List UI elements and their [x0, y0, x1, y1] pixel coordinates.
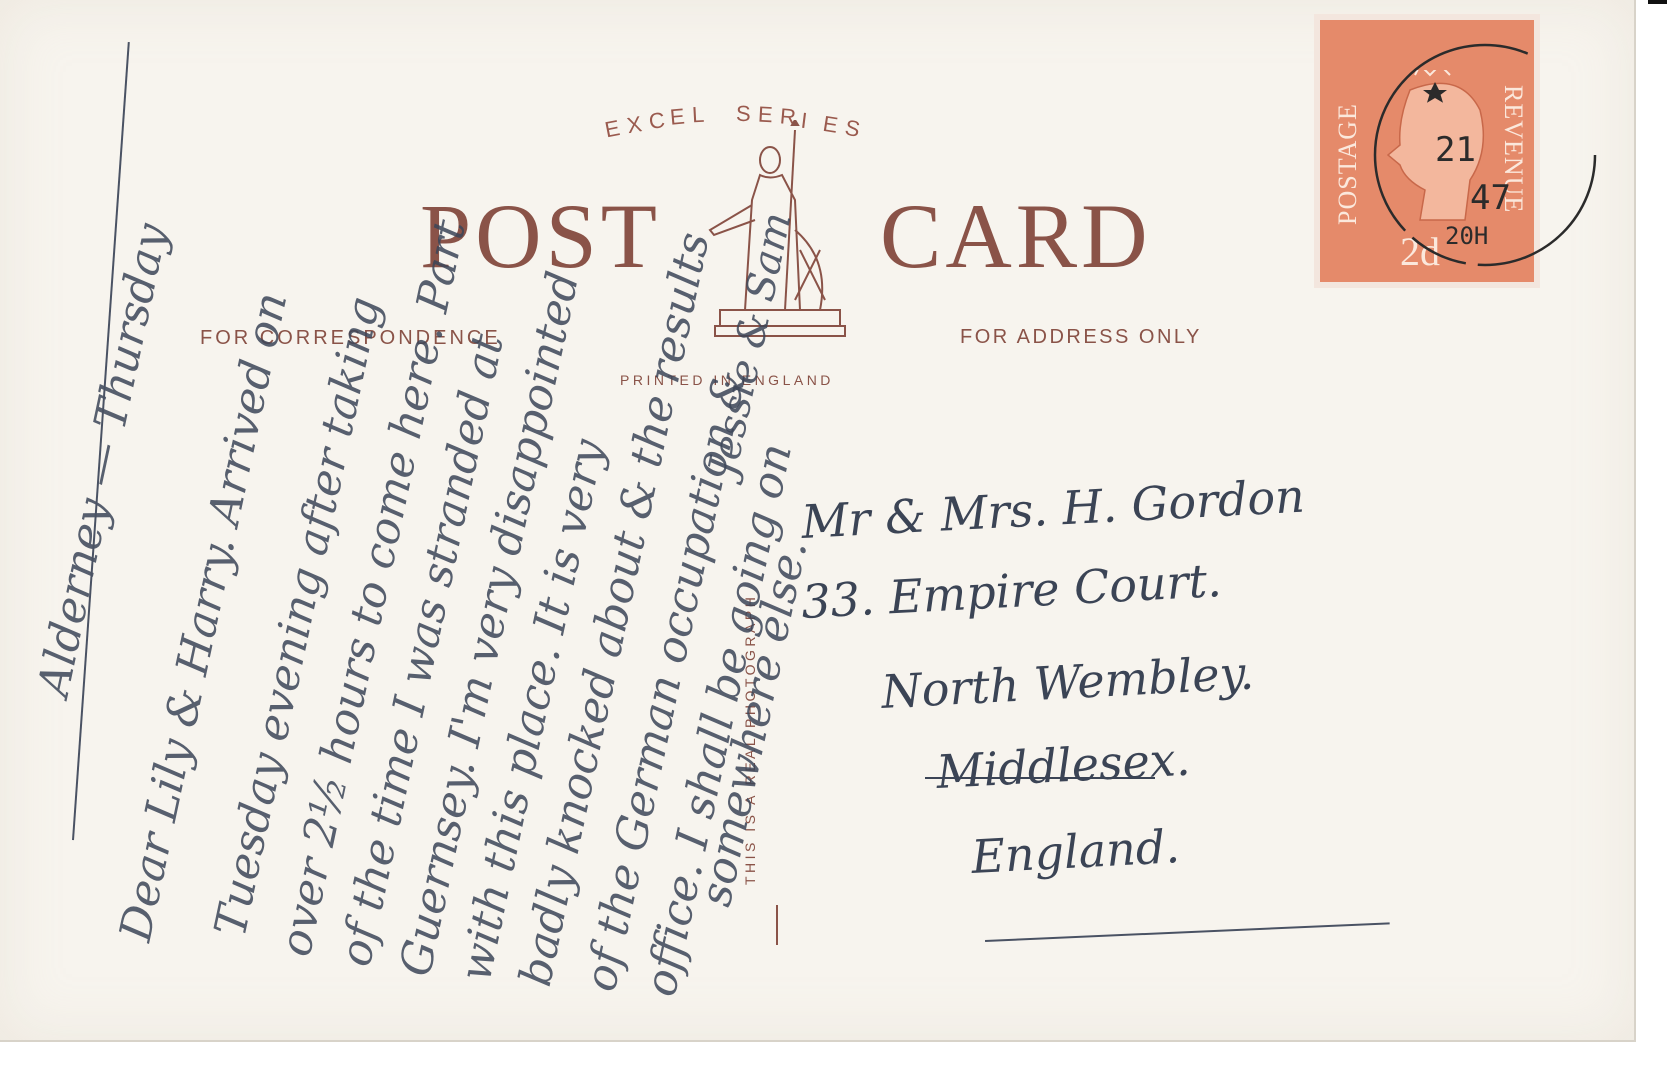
postmark-year: 47 — [1470, 178, 1511, 218]
series-letter: E — [603, 115, 624, 144]
series-letter: C — [647, 107, 668, 135]
series-letter: X — [625, 110, 646, 138]
title-card: CARD — [880, 190, 1152, 282]
for-address-label: FOR ADDRESS ONLY — [960, 326, 1202, 349]
stamp-postage-text: POSTAGE — [1333, 103, 1363, 225]
postmark-time: 20H — [1445, 222, 1488, 250]
scan-edge — [1648, 0, 1667, 4]
strike-through — [925, 777, 1155, 779]
address-line: England. — [970, 819, 1181, 884]
divider-line — [776, 905, 778, 945]
series-letter: E — [669, 104, 688, 131]
postmark-day: 21 — [1435, 130, 1476, 170]
